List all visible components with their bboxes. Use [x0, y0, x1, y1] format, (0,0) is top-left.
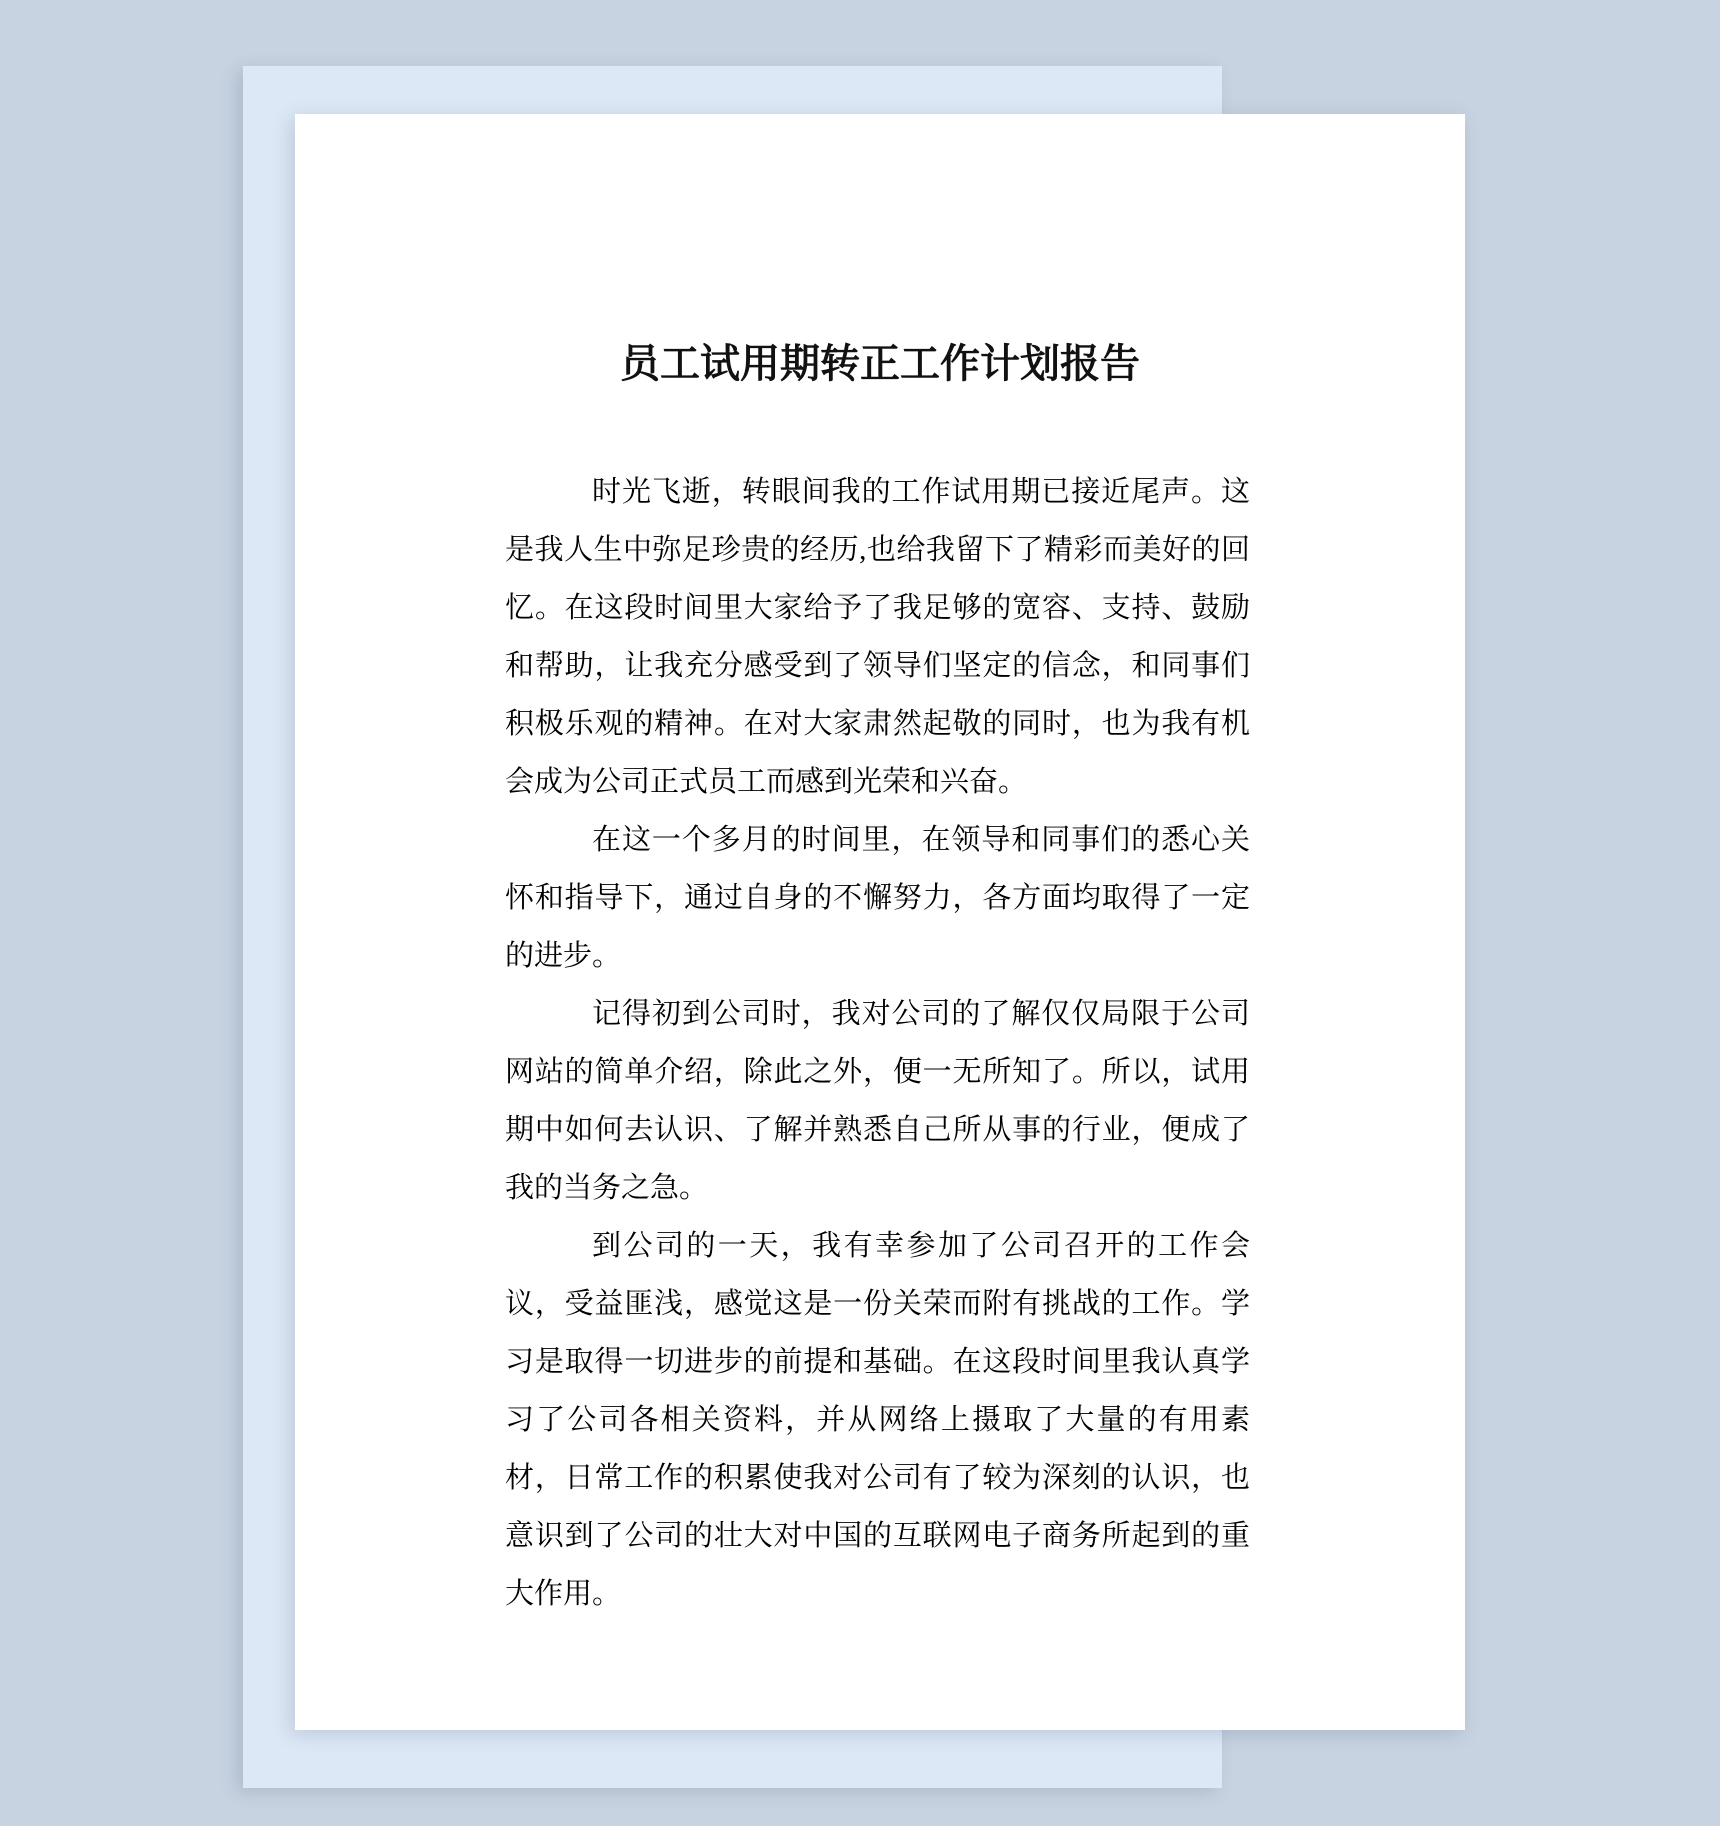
document-body: 时光飞逝，转眼间我的工作试用期已接近尾声。这是我人生中弥足珍贵的经历,也给我留下…	[505, 463, 1250, 1623]
paragraph-3: 记得初到公司时，我对公司的了解仅仅局限于公司网站的简单介绍，除此之外，便一无所知…	[505, 985, 1250, 1217]
desktop-background: 员工试用期转正工作计划报告 时光飞逝，转眼间我的工作试用期已接近尾声。这是我人生…	[0, 0, 1720, 1826]
paragraph-1: 时光飞逝，转眼间我的工作试用期已接近尾声。这是我人生中弥足珍贵的经历,也给我留下…	[505, 463, 1250, 811]
document-title: 员工试用期转正工作计划报告	[295, 343, 1465, 385]
paragraph-2: 在这一个多月的时间里，在领导和同事们的悉心关怀和指导下，通过自身的不懈努力，各方…	[505, 811, 1250, 985]
paragraph-4: 到公司的一天，我有幸参加了公司召开的工作会议，受益匪浅，感觉这是一份关荣而附有挑…	[505, 1217, 1250, 1623]
document-page: 员工试用期转正工作计划报告 时光飞逝，转眼间我的工作试用期已接近尾声。这是我人生…	[295, 114, 1465, 1730]
